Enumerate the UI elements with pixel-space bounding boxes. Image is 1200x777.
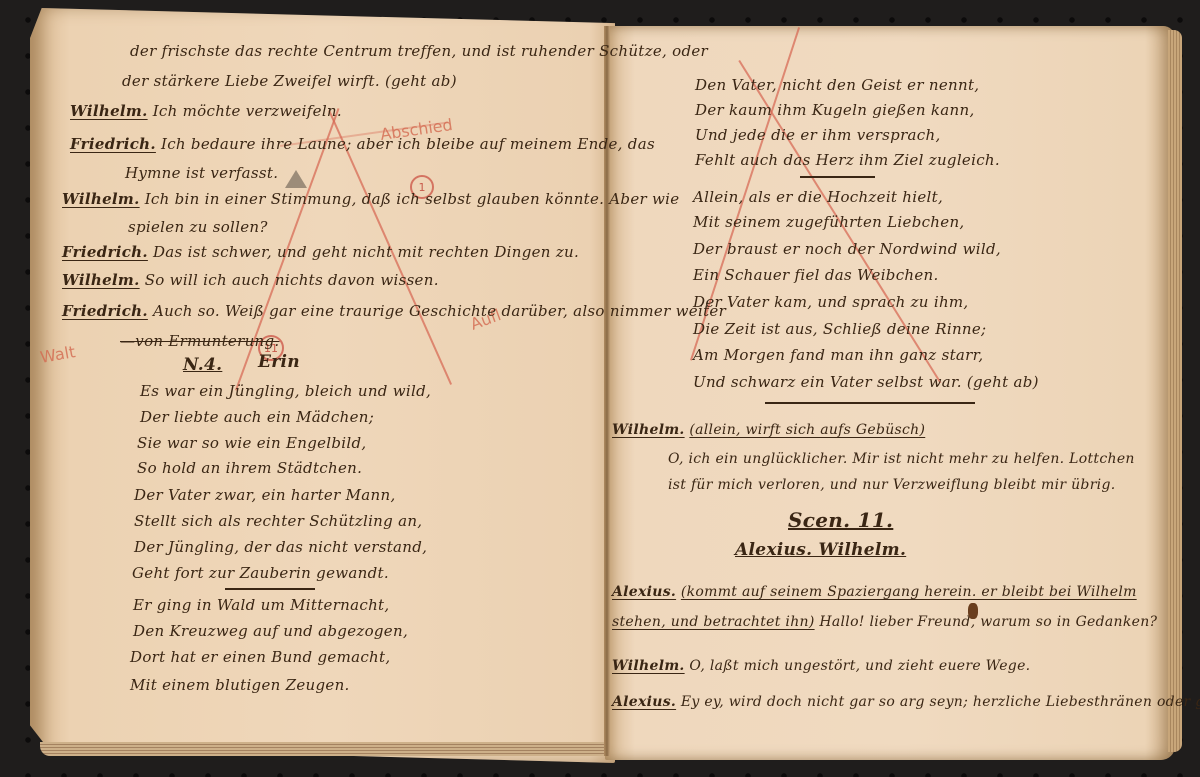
scene-characters: Alexius. Wilhelm. (735, 540, 906, 560)
verse-line: Sie war so wie ein Engelbild, (137, 434, 366, 452)
dialogue-line: Wilhelm. Ich bin in einer Stimmung, daß … (62, 190, 679, 208)
verse-line: So hold an ihrem Städtchen. (137, 459, 362, 477)
verse-line: Er ging in Wald um Mitternacht, (133, 596, 389, 614)
stage-direction: (allein, wirft sich aufs Gebüsch) (689, 422, 925, 438)
dialogue-line: Friedrich. Das ist schwer, und geht nich… (62, 243, 579, 261)
section-divider (765, 402, 975, 404)
ink-stain (968, 603, 978, 619)
verse-line: Den Kreuzweg auf und abgezogen, (133, 622, 408, 640)
verse-line: Dort hat er einen Bund gemacht, (130, 648, 390, 666)
verse-line: Der kaum ihm Kugeln gießen kann, (695, 101, 975, 119)
dialogue-line: Wilhelm. (allein, wirft sich aufs Gebüsc… (612, 422, 925, 438)
dialogue-line: Friedrich. Ich bedaure ihre Laune; aber … (70, 135, 655, 153)
verse-line: Der Jüngling, der das nicht verstand, (134, 538, 427, 556)
speaker-name: Wilhelm. (62, 271, 140, 289)
scene-heading: Scen. 11. (788, 508, 893, 532)
verse-line: Es war ein Jüngling, bleich und wild, (140, 382, 431, 400)
page-edge-bottom (40, 742, 610, 756)
verse-line: Und schwarz ein Vater selbst war. (geht … (693, 373, 1039, 391)
dialogue-line: Wilhelm. O, laßt mich ungestört, und zie… (612, 658, 1030, 674)
speaker-name: Alexius. (612, 694, 676, 710)
verse-line: Der liebte auch ein Mädchen; (140, 408, 374, 426)
verse-line: Den Vater, nicht den Geist er nennt, (695, 76, 979, 94)
stanza-divider (225, 588, 315, 590)
speaker-name: Friedrich. (62, 243, 148, 261)
dialogue-line: Wilhelm. So will ich auch nichts davon w… (62, 271, 439, 289)
verse-line: Ein Schauer fiel das Weibchen. (693, 266, 939, 284)
speaker-name: Wilhelm. (70, 102, 148, 120)
song-title: Erin (258, 352, 300, 372)
verse-line: Mit seinem zugeführten Liebchen, (693, 213, 964, 231)
dialogue-line: Alexius. Ey ey, wird doch nicht gar so a… (612, 694, 1200, 710)
song-number: N.4. (183, 355, 222, 375)
verse-line: Fehlt auch das Herz ihm Ziel zugleich. (695, 151, 1000, 169)
dialogue-text: O, ich ein unglücklicher. Mir ist nicht … (668, 446, 1148, 498)
text-line: der frischste das rechte Centrum treffen… (130, 42, 708, 60)
dialogue-line: Alexius. (kommt auf seinem Spaziergang h… (612, 577, 1167, 637)
text-line: der stärkere Liebe Zweifel wirft. (geht … (122, 72, 457, 90)
dialogue-line: Friedrich. Auch so. Weiß gar eine trauri… (62, 302, 726, 320)
stanza-divider (800, 176, 875, 178)
speaker-name: Alexius. (612, 584, 676, 600)
speaker-name: Wilhelm. (612, 422, 685, 438)
speaker-name: Friedrich. (62, 302, 148, 320)
verse-line: Der Vater kam, und sprach zu ihm, (693, 293, 969, 311)
verse-line: Und jede die er ihm versprach, (695, 126, 941, 144)
struck-text-line: —von Ermunterung. (120, 332, 279, 350)
speaker-name: Friedrich. (70, 135, 156, 153)
open-manuscript: Abschied 1 Aufl Walt 11 der frischste da… (0, 0, 1200, 777)
verse-line: Geht fort zur Zauberin gewandt. (132, 564, 389, 582)
text-line: spielen zu sollen? (128, 218, 268, 236)
text-line: Hymne ist verfasst. (125, 164, 278, 182)
verse-line: Am Morgen fand man ihn ganz starr, (693, 346, 984, 364)
dialogue-line: Wilhelm. Ich möchte verzweifeln. (70, 102, 342, 120)
speaker-name: Wilhelm. (62, 190, 140, 208)
verse-line: Mit einem blutigen Zeugen. (130, 676, 350, 694)
verse-line: Allein, als er die Hochzeit hielt, (693, 188, 943, 206)
verse-line: Die Zeit ist aus, Schließ deine Rinne; (693, 320, 986, 338)
verse-line: Stellt sich als rechter Schützling an, (134, 512, 422, 530)
page-edge-right (1168, 30, 1182, 752)
verse-line: Der braust er noch der Nordwind wild, (693, 240, 1001, 258)
verse-line: Der Vater zwar, ein harter Mann, (134, 486, 396, 504)
speaker-name: Wilhelm. (612, 658, 685, 674)
